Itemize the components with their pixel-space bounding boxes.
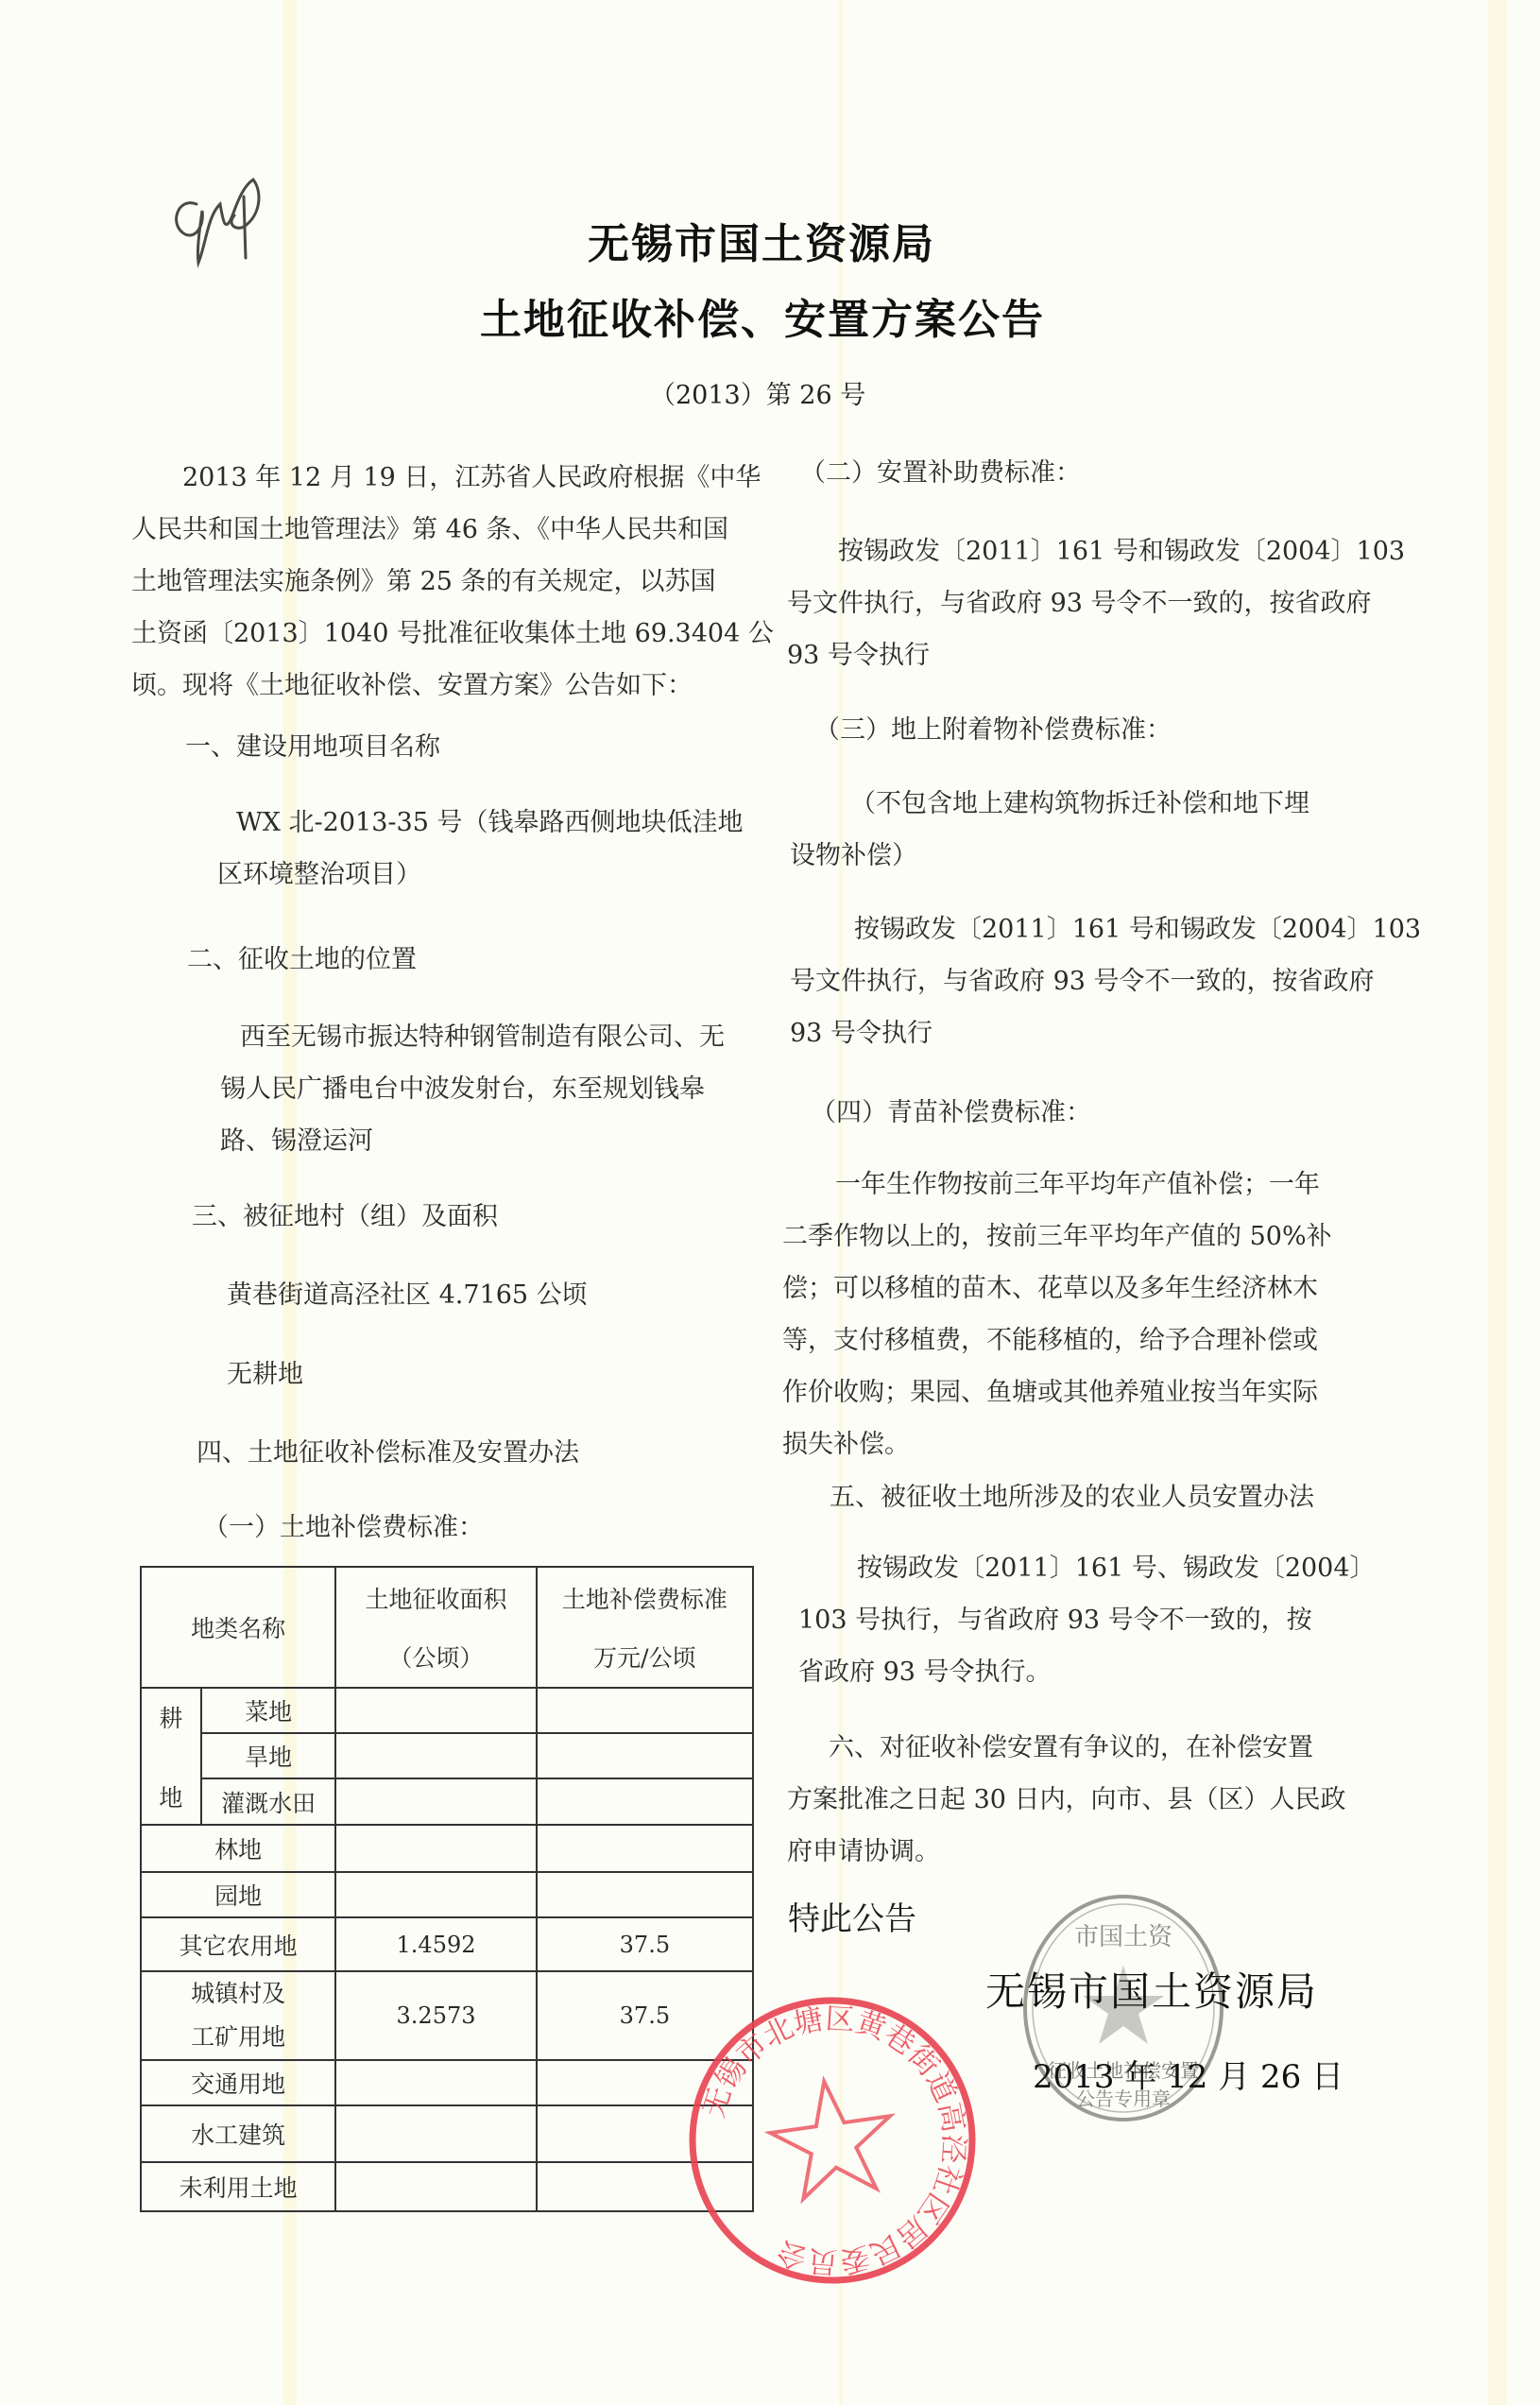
text-line: 二季作物以上的，按前三年平均年产值的 50%补: [782, 1211, 1332, 1263]
intro-line: 土资函〔2013〕1040 号批准征收集体土地 69.3404 公: [131, 608, 774, 660]
row-rate: [537, 1733, 753, 1778]
project-name-line: WX 北-2013-35 号（钱皋路西侧地块低洼地: [227, 797, 743, 849]
notice-closing: 特此公告: [788, 1893, 916, 1939]
section-1-heading: 一、建设用地项目名称: [185, 726, 440, 763]
text-line: 偿；可以移植的苗木、花草以及多年生经济林木: [782, 1263, 1332, 1314]
section-3-heading: 三、被征地村（组）及面积: [192, 1195, 498, 1232]
location-line: 锡人民广播电台中波发射台，东至规划钱皋: [220, 1063, 725, 1115]
row-rate: [537, 1872, 753, 1917]
row-area: [335, 1778, 536, 1825]
grey-seal-top-text: 市国土资: [1074, 1923, 1173, 1951]
header-rate-label: 土地补偿费标准: [538, 1581, 752, 1615]
section-5-heading: 五、被征收土地所涉及的农业人员安置办法: [830, 1476, 1314, 1513]
subsection-4-heading: （四）青苗补偿费标准：: [811, 1091, 1091, 1128]
intro-line: 土地管理法实施条例》第 25 条的有关规定，以苏国: [131, 556, 774, 608]
table-row: 未利用土地: [141, 2162, 753, 2211]
doc-title: 土地征收补偿、安置方案公告: [480, 285, 1045, 346]
row-area: 3.2573: [335, 1971, 536, 2060]
row-name: 交通用地: [141, 2060, 335, 2105]
row-name: 城镇村及 工矿用地: [141, 1971, 335, 2060]
table-row: 旱地: [141, 1733, 753, 1778]
row-rate: [537, 1778, 753, 1825]
text-line: 93 号令执行: [790, 1007, 1421, 1059]
text-line: 六、对征收补偿安置有争议的，在补偿安置: [787, 1722, 1346, 1774]
red-seal-ring-text: 无锡市北塘区黄巷街道高泾社区居民委员会: [697, 2001, 971, 2278]
table-header-row: 地类名称 土地征收面积 （公顷） 土地补偿费标准 万元/公顷: [141, 1567, 753, 1688]
text-line: 按锡政发〔2011〕161 号和锡政发〔2004〕103: [787, 525, 1405, 577]
text-line: 93 号令执行: [787, 629, 1405, 681]
attachments-note: （不包含地上建构筑物拆迁补偿和地下埋 设物补偿）: [790, 778, 1309, 882]
intro-paragraph: 2013 年 12 月 19 日，江苏省人民政府根据《中华 人民共和国土地管理法…: [131, 452, 774, 712]
row-area: [335, 1872, 536, 1917]
text-line: 103 号执行，与省政府 93 号令不一致的，按: [798, 1594, 1376, 1646]
signing-date: 2013 年 12 月 26 日: [1033, 2051, 1343, 2097]
text-line: 府申请协调。: [787, 1826, 1346, 1878]
row-area: [335, 1825, 536, 1872]
land-location: 西至无锡市振达特种钢管制造有限公司、无 锡人民广播电台中波发射台，东至规划钱皋 …: [223, 1011, 725, 1167]
row-name: 未利用土地: [141, 2162, 335, 2211]
red-community-seal: 无锡市北塘区黄巷街道高泾社区居民委员会: [686, 1994, 979, 2287]
row-area: [335, 2105, 536, 2162]
text-line: 损失补偿。: [782, 1418, 1332, 1470]
row-name: 灌溉水田: [201, 1778, 335, 1825]
doc-number: （2013）第 26 号: [650, 374, 865, 411]
row-name: 林地: [141, 1825, 335, 1872]
header-area-unit: （公顷）: [336, 1640, 535, 1674]
subsection-1-heading: （一）土地补偿费标准：: [203, 1506, 484, 1543]
intro-line: 人民共和国土地管理法》第 46 条、《中华人民共和国: [131, 504, 774, 556]
row-area: 1.4592: [335, 1917, 536, 1971]
header-rate-unit: 万元/公顷: [538, 1640, 752, 1674]
farmer-resettlement-text: 按锡政发〔2011〕161 号、锡政发〔2004〕 103 号执行，与省政府 9…: [798, 1542, 1376, 1698]
table-row: 水工建筑: [141, 2105, 753, 2162]
text-line: 设物补偿）: [790, 830, 1309, 882]
table-row: 城镇村及 工矿用地 3.2573 37.5: [141, 1971, 753, 2060]
row-name: 水工建筑: [141, 2105, 335, 2162]
subsection-2-heading: （二）安置补助费标准：: [800, 452, 1081, 489]
row-rate: [537, 1825, 753, 1872]
text-line: （不包含地上建构筑物拆迁补偿和地下埋: [790, 778, 1309, 830]
table-row: 其它农用地 1.4592 37.5: [141, 1917, 753, 1971]
org-title: 无锡市国土资源局: [588, 210, 935, 270]
row-name: 园地: [141, 1872, 335, 1917]
location-line: 路、锡澄运河: [220, 1115, 725, 1167]
attachments-text: 按锡政发〔2011〕161 号和锡政发〔2004〕103 号文件执行，与省政府 …: [790, 903, 1421, 1059]
text-line: 号文件执行，与省政府 93 号令不一致的，按省政府: [790, 955, 1421, 1007]
section-4-heading: 四、土地征收补偿标准及安置办法: [197, 1432, 579, 1469]
row-rate: [537, 1688, 753, 1733]
section-2-heading: 二、征收土地的位置: [187, 938, 417, 975]
row-name-line: 城镇村及: [142, 1972, 334, 2016]
table-row: 耕 地 菜地: [141, 1688, 753, 1733]
row-name: 旱地: [201, 1733, 335, 1778]
intro-line: 2013 年 12 月 19 日，江苏省人民政府根据《中华: [131, 452, 774, 504]
table-row: 交通用地: [141, 2060, 753, 2105]
intro-line: 顷。现将《土地征收补偿、安置方案》公告如下：: [131, 660, 774, 712]
text-line: 按锡政发〔2011〕161 号和锡政发〔2004〕103: [790, 903, 1421, 955]
row-area: [335, 2162, 536, 2211]
table-row: 林地: [141, 1825, 753, 1872]
header-area: 土地征收面积 （公顷）: [335, 1567, 536, 1688]
row-name-line: 工矿用地: [142, 2016, 334, 2059]
row-area: [335, 1733, 536, 1778]
row-area: [335, 2060, 536, 2105]
farmland-note: 无耕地: [227, 1353, 303, 1390]
signing-organization: 无锡市国土资源局: [985, 1961, 1318, 2018]
crop-compensation-text: 一年生作物按前三年平均年产值补偿；一年 二季作物以上的，按前三年平均年产值的 5…: [782, 1159, 1332, 1470]
project-name-line: 区环境整治项目）: [217, 849, 743, 901]
text-line: 号文件执行，与省政府 93 号令不一致的，按省政府: [787, 577, 1405, 629]
handwritten-page-number: [168, 168, 282, 272]
table-row: 园地: [141, 1872, 753, 1917]
group-char: 耕: [142, 1700, 200, 1734]
row-rate: 37.5: [537, 1917, 753, 1971]
subsection-3-heading: （三）地上附着物补偿费标准：: [814, 709, 1172, 746]
resettlement-subsidy-text: 按锡政发〔2011〕161 号和锡政发〔2004〕103 号文件执行，与省政府 …: [787, 525, 1405, 681]
project-name: WX 北-2013-35 号（钱皋路西侧地块低洼地 区环境整治项目）: [227, 797, 743, 901]
village-area: 黄巷街道高泾社区 4.7165 公顷: [227, 1274, 588, 1311]
text-line: 等，支付移植费，不能移植的，给予合理补偿或: [782, 1314, 1332, 1366]
land-compensation-table: 地类名称 土地征收面积 （公顷） 土地补偿费标准 万元/公顷 耕 地 菜地 旱地: [140, 1566, 754, 2212]
text-line: 一年生作物按前三年平均年产值补偿；一年: [782, 1159, 1332, 1211]
location-line: 西至无锡市振达特种钢管制造有限公司、无: [223, 1011, 725, 1063]
row-name: 其它农用地: [141, 1917, 335, 1971]
scan-band: [1488, 0, 1507, 2405]
text-line: 按锡政发〔2011〕161 号、锡政发〔2004〕: [798, 1542, 1376, 1594]
header-area-label: 土地征收面积: [336, 1581, 535, 1615]
row-area: [335, 1688, 536, 1733]
section-6-text: 六、对征收补偿安置有争议的，在补偿安置 方案批准之日起 30 日内，向市、县（区…: [787, 1722, 1346, 1878]
text-line: 作价收购；果园、鱼塘或其他养殖业按当年实际: [782, 1366, 1332, 1418]
group-char: 地: [142, 1779, 200, 1813]
header-rate: 土地补偿费标准 万元/公顷: [537, 1567, 753, 1688]
text-line: 方案批准之日起 30 日内，向市、县（区）人民政: [787, 1774, 1346, 1826]
cultivated-group-cell: 耕 地: [141, 1688, 201, 1825]
row-name: 菜地: [201, 1688, 335, 1733]
text-line: 省政府 93 号令执行。: [798, 1646, 1376, 1698]
table-row: 灌溉水田: [141, 1778, 753, 1825]
header-category: 地类名称: [141, 1567, 335, 1688]
